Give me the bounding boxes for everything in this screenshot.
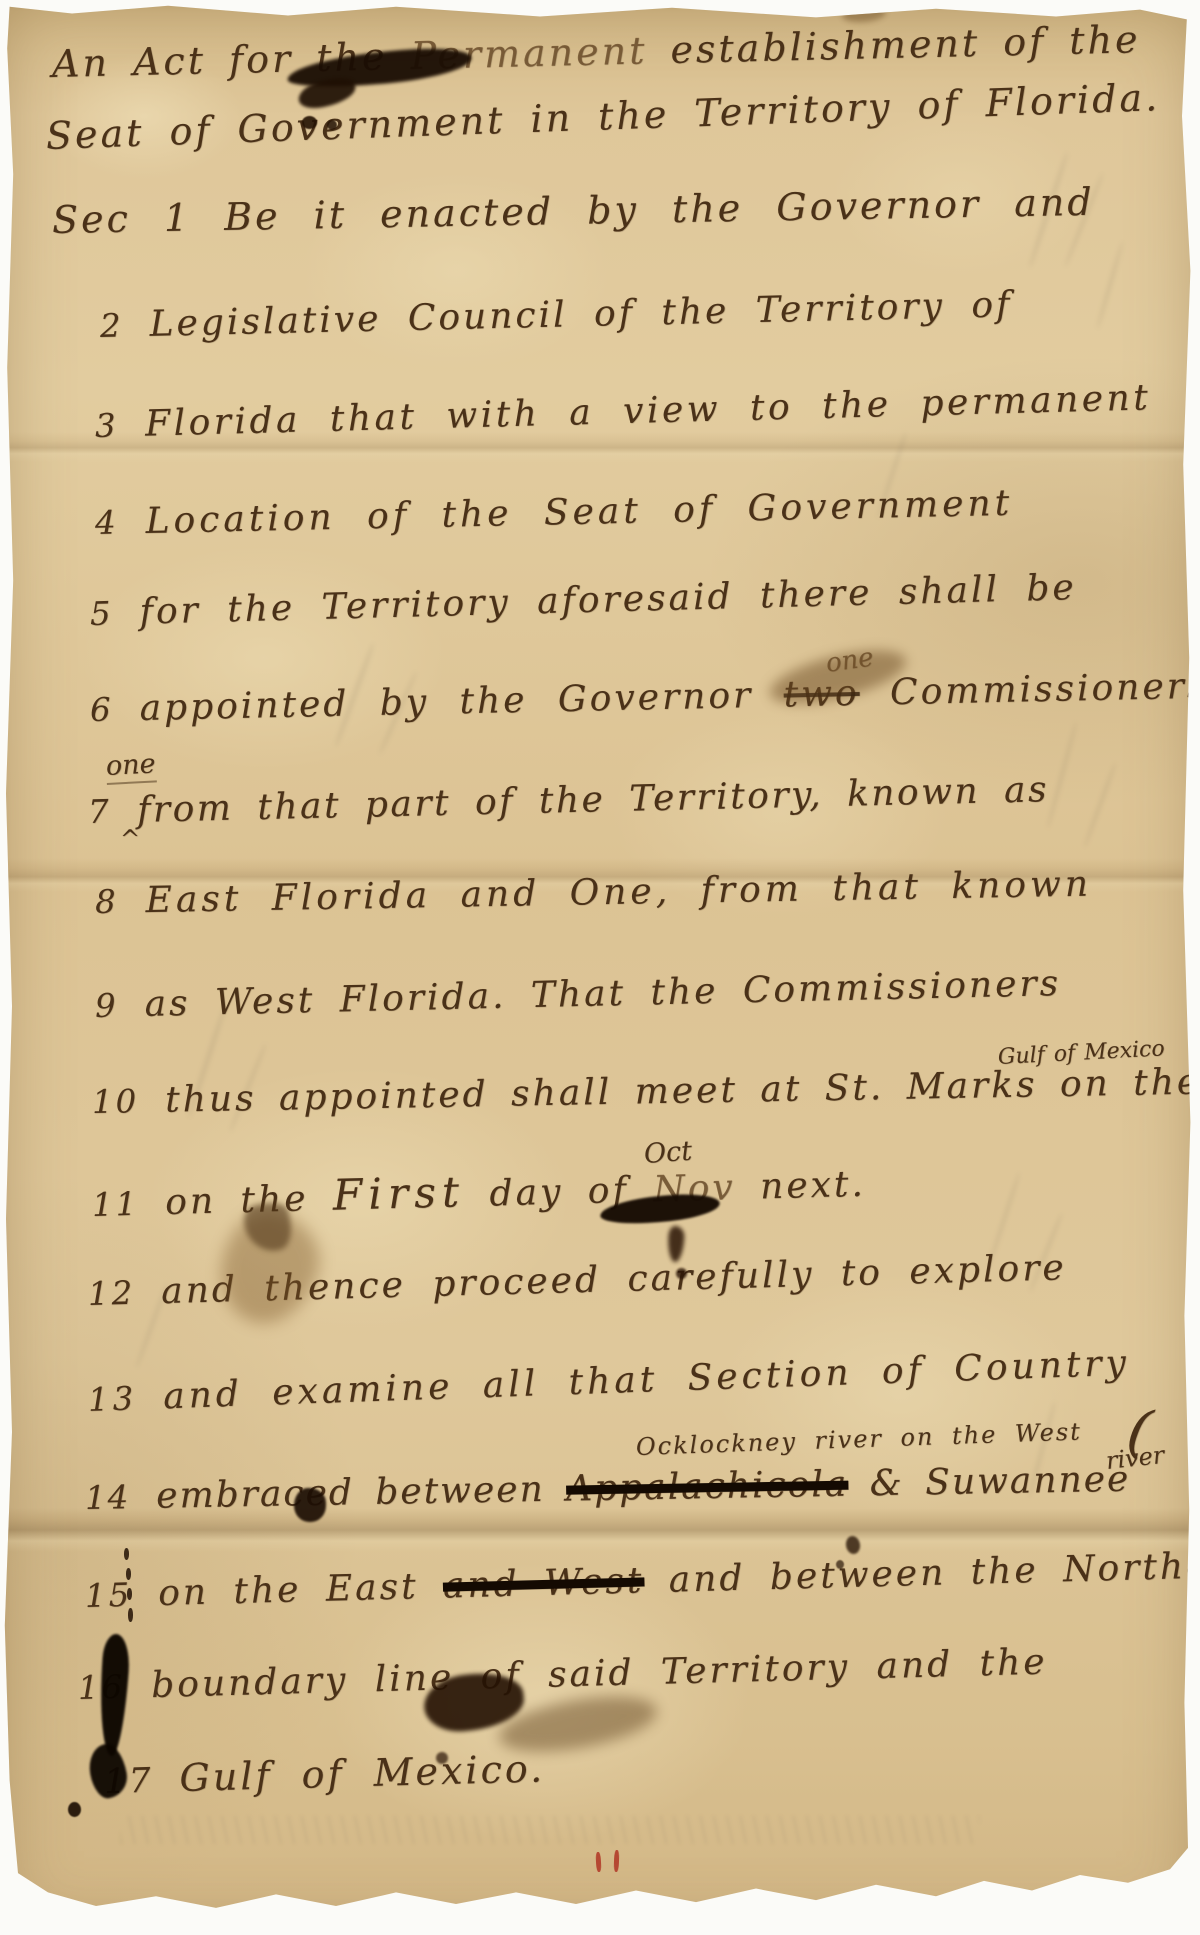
segment-ins: one [105, 748, 156, 785]
segment-text: and examine all that Section of Country [162, 1343, 1130, 1418]
line-number: 14 [85, 1480, 131, 1516]
top-edge-smudge [841, 4, 886, 24]
red-mark-1 [595, 1852, 601, 1872]
line-3: 3Florida that with a view to the permane… [94, 378, 1151, 445]
bleed-through-mark [1096, 241, 1125, 329]
segment-text: and thence proceed carefully to explore [161, 1247, 1068, 1312]
segment-text: day of [465, 1169, 654, 1215]
segment-heavystruck: Appalachicola [566, 1464, 849, 1510]
segment-text: Seat of Government in the Territory of F… [45, 75, 1161, 158]
segment-text: as West Florida. That the Commissioners [144, 963, 1061, 1025]
red-mark-2 [614, 1850, 620, 1872]
segment-text: appointed by the Governor [139, 674, 784, 728]
segment-struck: two [783, 673, 860, 716]
segment-faded: Permanent [410, 28, 648, 77]
bleed-through-band [120, 1816, 980, 1844]
interline-one-above-two: one [824, 643, 875, 678]
interline-river: river [1105, 1442, 1166, 1474]
line-5: 5for the Territory aforesaid there shall… [89, 568, 1077, 633]
segment-text: establishment of the [647, 17, 1141, 72]
segment-text: Location of the Seat of Government [145, 483, 1013, 542]
segment-text: for the Territory aforesaid there shall … [139, 567, 1077, 633]
interline-ocklockney: Ocklockney river on the West [636, 1418, 1083, 1460]
manuscript-page: An Act for the Permanent establishment o… [0, 0, 1200, 1935]
title-line-2: Seat of Government in the Territory of F… [45, 77, 1161, 158]
line-14: 14embraced between Appalachicola & Suwan… [85, 1459, 1152, 1517]
line-number: 3 [95, 408, 120, 444]
segment-text: on the East [158, 1566, 444, 1614]
line-number: 2 [100, 308, 124, 344]
segment-text: Sec 1 Be it enacted by the Governor and [52, 180, 1095, 242]
segment-text: embraced between [156, 1469, 567, 1517]
segment-text: and between the Northern [644, 1544, 1200, 1601]
line-15: 15on the East and West and between the N… [84, 1545, 1200, 1615]
line-number: 12 [88, 1276, 136, 1313]
line-sec-1: Sec 1 Be it enacted by the Governor and [52, 182, 1095, 242]
line-number: 11 [92, 1187, 140, 1224]
line-10: 10thus appointed shall meet at St. Marks… [92, 1063, 1200, 1122]
bleed-through-mark [1083, 762, 1118, 848]
line-number: 6 [90, 693, 114, 729]
line-number: 13 [87, 1381, 137, 1418]
segment-text: ^ [120, 825, 140, 853]
segment-text: Legislative Council of the Territory of [149, 284, 1013, 345]
segment-text: An Act for the [51, 34, 410, 86]
margin-ink-dot [68, 1802, 81, 1817]
line-number: 8 [95, 885, 120, 921]
segment-text: from that part of the Territory, known a… [137, 769, 1050, 831]
line-number: 4 [95, 505, 120, 541]
document-scan: An Act for the Permanent establishment o… [0, 0, 1200, 1935]
segment-text: Florida that with a view to the permanen… [145, 377, 1152, 444]
line-number: 17 [104, 1763, 154, 1802]
line-7: 7from that part of the Territory, known … [88, 770, 1050, 831]
segment-text: river [1105, 1441, 1166, 1475]
caret-l7: ^ [120, 826, 140, 852]
title-line-1: An Act for the Permanent establishment o… [52, 19, 1141, 85]
line-9: 9as West Florida. That the Commissioners [95, 964, 1062, 1026]
line-8: 8East Florida and One, from that known [95, 865, 1093, 922]
line-number: 15 [85, 1578, 133, 1615]
line-number: 5 [90, 596, 115, 632]
line-2: 2Legislative Council of the Territory of [100, 285, 1013, 345]
segment-text: next. [735, 1164, 866, 1208]
line-16: 16boundary line of said Territory and th… [77, 1643, 1048, 1708]
segment-text: on the [165, 1178, 334, 1223]
line-6: 6appointed by the Governor two Commissio… [90, 666, 1200, 729]
segment-faded: Nov [653, 1167, 737, 1210]
line-12: 12and thence proceed carefully to explor… [87, 1248, 1067, 1313]
segment-text: thus appointed shall meet at St. Marks o… [165, 1062, 1200, 1121]
interline-one-l7: one [105, 749, 156, 781]
segment-text: Ocklockney river on the West [636, 1417, 1083, 1461]
line-number: 10 [92, 1084, 140, 1120]
segment-heavystruck: and West [442, 1560, 644, 1606]
line-number: 9 [95, 988, 119, 1024]
l14-speck-1 [845, 1535, 862, 1555]
line-17: 17Gulf of Mexico. [103, 1748, 545, 1801]
segment-text: East Florida and One, from that known [145, 864, 1092, 922]
line-number: 7 [88, 794, 112, 830]
segment-text: Commissioners, [859, 665, 1200, 714]
line-13: 13and examine all that Section of Countr… [87, 1344, 1130, 1420]
bleed-through-mark [1046, 721, 1078, 828]
segment-text: boundary line of said Territory and the [151, 1642, 1048, 1706]
line-number: 16 [78, 1670, 126, 1707]
segment-text: Gulf of Mexico. [179, 1746, 546, 1800]
line-11: 11on the First day of Nov next. [91, 1160, 866, 1227]
line-4: 4Location of the Seat of Government [95, 484, 1014, 543]
margin-dotted-1 [124, 1548, 129, 1560]
segment-emph: First [332, 1168, 465, 1220]
